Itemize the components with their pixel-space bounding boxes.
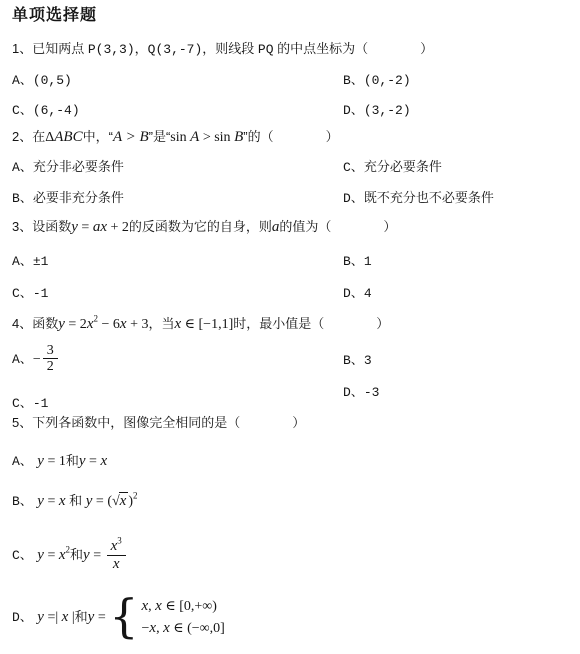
math-op: = bbox=[78, 220, 93, 235]
math-interval: ∈ [−1,1] bbox=[181, 317, 233, 332]
option-value: -1 bbox=[33, 286, 49, 301]
math-op: =| bbox=[44, 610, 62, 625]
page-title: 单项选择题 bbox=[12, 6, 97, 26]
q5-option-a: A、 y = 1和y = x bbox=[12, 451, 107, 471]
quiz-document: 单项选择题 1、已知两点 P(3,3)，Q(3,-7)，则线段 PQ 的中点坐标… bbox=[0, 0, 580, 654]
option-label: A、 bbox=[12, 73, 33, 88]
math-fn-sin: sin bbox=[170, 130, 190, 145]
cjk-text: ”的（ ） bbox=[243, 129, 338, 144]
option-value: 4 bbox=[364, 286, 372, 301]
q2-option-b: B、必要非充分条件 bbox=[12, 188, 124, 208]
cjk-text: 中，“ bbox=[83, 129, 113, 144]
math-op: = bbox=[94, 610, 109, 625]
cjk-and: 和 bbox=[75, 609, 88, 624]
fraction-denominator: 2 bbox=[43, 359, 58, 374]
option-label: A、 bbox=[12, 352, 33, 367]
math-point-p: P(3,3) bbox=[88, 42, 135, 57]
math-minus: − bbox=[33, 352, 41, 367]
math-op: = ( bbox=[92, 494, 112, 509]
math-var-abc: ABC bbox=[54, 129, 82, 145]
fraction: 32 bbox=[43, 343, 58, 375]
cjk-text: ，则线段 bbox=[202, 41, 258, 56]
math-exponent: 3 bbox=[117, 536, 122, 546]
option-label: D、 bbox=[12, 610, 33, 625]
math-var-x: x bbox=[155, 598, 162, 614]
math-exponent: 2 bbox=[133, 491, 138, 501]
math-inequality: A > B bbox=[113, 129, 149, 145]
math-var-x: x bbox=[120, 316, 127, 332]
math-var-y: y bbox=[37, 453, 44, 469]
cjk-text: ”是“ bbox=[149, 129, 171, 144]
option-value: (3,-2) bbox=[364, 103, 411, 118]
math-op: = bbox=[44, 494, 59, 509]
piecewise-function: {x, x ∈ [0,+∞)−x, x ∈ (−∞,0] bbox=[109, 595, 225, 639]
option-label: C、 bbox=[12, 286, 33, 301]
option-value: 既不充分也不必要条件 bbox=[364, 190, 494, 205]
left-brace: { bbox=[109, 597, 138, 636]
math-var-y: y bbox=[58, 316, 65, 332]
piecewise-case-1: x, x ∈ [0,+∞) bbox=[142, 595, 225, 617]
q3-option-c: C、-1 bbox=[12, 283, 48, 303]
option-label: D、 bbox=[343, 286, 364, 301]
option-label: C、 bbox=[12, 548, 33, 563]
question-4-stem: 4、函数y = 2x2 − 6x + 3，当x ∈ [−1,1]时，最小值是（ … bbox=[12, 314, 389, 334]
q3-option-b: B、1 bbox=[343, 251, 372, 271]
radicand-x: x bbox=[119, 492, 129, 509]
option-label: A、 bbox=[12, 254, 33, 269]
option-label: D、 bbox=[343, 103, 364, 118]
option-label: B、 bbox=[343, 353, 364, 368]
option-value: 充分必要条件 bbox=[364, 159, 442, 174]
q4-option-d: D、-3 bbox=[343, 382, 379, 402]
math-op: + 2 bbox=[107, 220, 129, 235]
option-value: 3 bbox=[364, 353, 372, 368]
option-value: (6,-4) bbox=[33, 103, 80, 118]
q5-option-c: C、 y = x2和y = x3x bbox=[12, 537, 128, 572]
q1-option-c: C、(6,-4) bbox=[12, 100, 80, 120]
math-point-q: Q(3,-7) bbox=[148, 42, 203, 57]
math-var-x: x bbox=[59, 493, 66, 509]
question-1-stem: 1、已知两点 P(3,3)，Q(3,-7)，则线段 PQ 的中点坐标为（ ） bbox=[12, 39, 433, 59]
cjk-text: 的值为（ ） bbox=[279, 219, 396, 234]
cjk-text: ，当 bbox=[148, 316, 174, 331]
math-var-y: y bbox=[37, 547, 44, 563]
math-segment-pq: PQ bbox=[258, 42, 274, 57]
q3-option-d: D、4 bbox=[343, 283, 372, 303]
q4-option-c: C、-1 bbox=[12, 393, 48, 413]
math-interval: ∈ [0,+∞) bbox=[162, 599, 217, 614]
option-value: -1 bbox=[33, 396, 49, 411]
cjk-text: 的反函数为它的自身，则 bbox=[129, 219, 272, 234]
question-2-stem: 2、在ΔABC中，“A > B”是“sin A > sin B”的（ ） bbox=[12, 127, 339, 147]
math-op: = 2 bbox=[65, 317, 87, 332]
option-value: (0,5) bbox=[33, 73, 72, 88]
q1-option-d: D、(3,-2) bbox=[343, 100, 411, 120]
math-op: = bbox=[90, 548, 105, 563]
q1-option-b: B、(0,-2) bbox=[343, 70, 411, 90]
option-label: B、 bbox=[12, 494, 33, 509]
cjk-text: 时，最小值是（ ） bbox=[233, 316, 389, 331]
cjk-text: 1、已知两点 bbox=[12, 41, 88, 56]
math-var-x: x bbox=[59, 547, 66, 563]
math-var-b: B bbox=[234, 129, 243, 145]
option-label: A、 bbox=[12, 454, 33, 469]
piecewise-case-2: −x, x ∈ (−∞,0] bbox=[142, 617, 225, 639]
math-var-y: y bbox=[71, 219, 78, 235]
math-op: = 1 bbox=[44, 454, 66, 469]
option-label: A、 bbox=[12, 160, 33, 175]
math-fn-sin: sin bbox=[214, 130, 234, 145]
option-value: ±1 bbox=[33, 254, 49, 269]
q2-option-a: A、充分非必要条件 bbox=[12, 157, 124, 177]
option-value: (0,-2) bbox=[364, 73, 411, 88]
cjk-and: 和 bbox=[66, 453, 79, 468]
option-value: -3 bbox=[364, 385, 380, 400]
question-3-stem: 3、设函数y = ax + 2的反函数为它的自身，则a的值为（ ） bbox=[12, 217, 396, 237]
cjk-and: 和 bbox=[66, 493, 86, 508]
cjk-text: 3、设函数 bbox=[12, 219, 71, 234]
math-var-a: A bbox=[190, 129, 199, 145]
q1-option-a: A、(0,5) bbox=[12, 70, 72, 90]
q4-option-b: B、3 bbox=[343, 350, 372, 370]
fraction-numerator: 3 bbox=[43, 343, 58, 359]
q2-option-d: D、既不充分也不必要条件 bbox=[343, 188, 494, 208]
q5-option-d: D、 y =| x |和y = {x, x ∈ [0,+∞)−x, x ∈ (−… bbox=[12, 595, 225, 639]
math-delta: Δ bbox=[45, 130, 54, 145]
option-label: C、 bbox=[12, 396, 33, 411]
option-label: B、 bbox=[12, 191, 33, 206]
cjk-text: 2、在 bbox=[12, 129, 45, 144]
option-label: C、 bbox=[12, 103, 33, 118]
option-label: D、 bbox=[343, 191, 364, 206]
q3-option-a: A、±1 bbox=[12, 251, 48, 271]
q5-option-b: B、 y = x 和 y = (√x)2 bbox=[12, 491, 138, 511]
math-var-y: y bbox=[37, 609, 44, 625]
math-op: + 3 bbox=[127, 317, 149, 332]
option-value: 必要非充分条件 bbox=[33, 190, 124, 205]
cjk-text: ， bbox=[135, 41, 148, 56]
option-label: B、 bbox=[343, 73, 364, 88]
math-op: − 6 bbox=[98, 317, 120, 332]
math-var-x: x bbox=[100, 453, 107, 469]
fraction-numerator: x3 bbox=[107, 537, 126, 556]
option-value: 1 bbox=[364, 254, 372, 269]
math-var-y: y bbox=[37, 493, 44, 509]
question-5-stem: 5、下列各函数中，图像完全相同的是（ ） bbox=[12, 415, 305, 431]
fraction: x3x bbox=[107, 537, 126, 572]
math-var-x: x bbox=[163, 620, 170, 636]
math-op-gt: > bbox=[199, 130, 214, 145]
option-value: 充分非必要条件 bbox=[33, 159, 124, 174]
piecewise-cases: x, x ∈ [0,+∞)−x, x ∈ (−∞,0] bbox=[142, 595, 225, 639]
cjk-text: 4、函数 bbox=[12, 316, 58, 331]
math-op: = bbox=[44, 548, 59, 563]
math-op: = bbox=[86, 454, 101, 469]
option-label: B、 bbox=[343, 254, 364, 269]
q4-option-a: A、−32 bbox=[12, 343, 60, 375]
math-var-ax: ax bbox=[93, 219, 107, 235]
option-label: C、 bbox=[343, 160, 364, 175]
math-interval: ∈ (−∞,0] bbox=[170, 621, 225, 636]
option-label: D、 bbox=[343, 385, 364, 400]
q2-option-c: C、充分必要条件 bbox=[343, 157, 442, 177]
fraction-denominator: x bbox=[107, 556, 126, 573]
cjk-text: 的中点坐标为（ ） bbox=[274, 41, 434, 56]
math-var-y: y bbox=[83, 547, 90, 563]
cjk-and: 和 bbox=[70, 547, 83, 562]
math-var-y: y bbox=[79, 453, 86, 469]
